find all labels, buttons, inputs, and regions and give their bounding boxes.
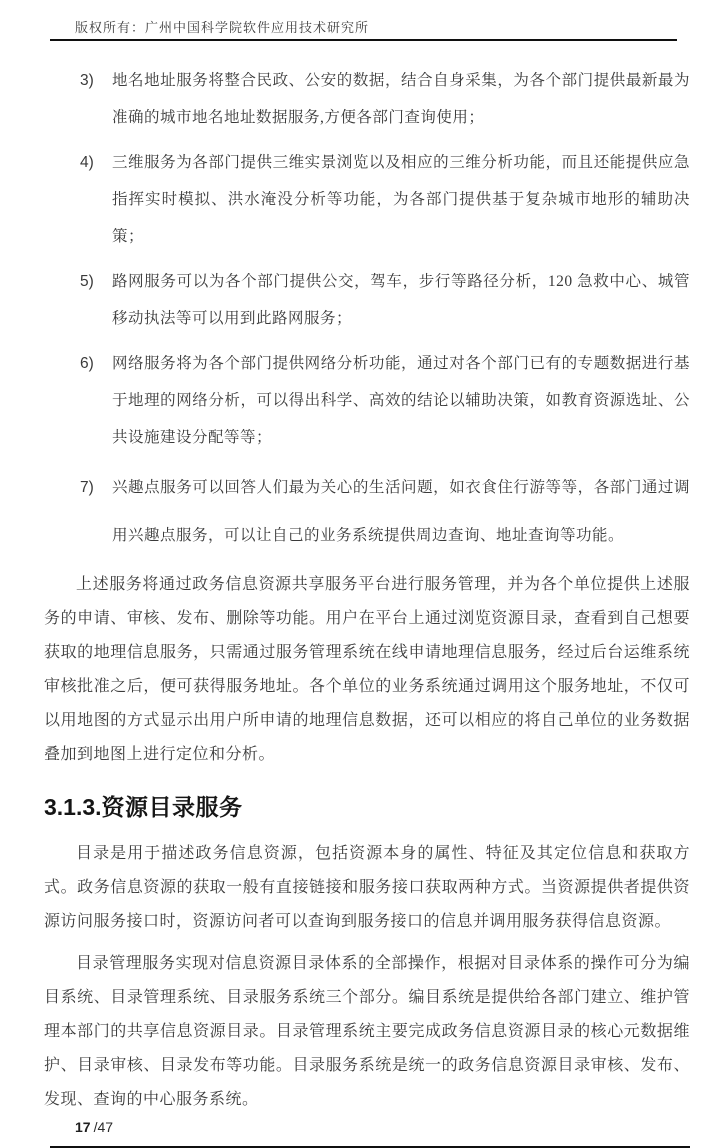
list-item-7-marker: 7) <box>80 464 94 512</box>
list-item-4: 4) 三维服务为各部门提供三维实景浏览以及相应的三维分析功能，而且还能提供应急指… <box>44 144 690 255</box>
list-item-7-text: 兴趣点服务可以回答人们最为关心的生活问题，如衣食住行游等等，各部门通过调用兴趣点… <box>112 479 690 544</box>
list-item-3-text: 地名地址服务将整合民政、公安的数据，结合自身采集，为各个部门提供最新最为准确的城… <box>112 72 690 126</box>
footer-page-total: /47 <box>94 1119 113 1135</box>
section-heading-number: 3.1.3. <box>44 794 102 820</box>
footer-page-number: 17 <box>75 1119 91 1135</box>
section-heading: 3.1.3.资源目录服务 <box>44 792 690 823</box>
list-item-5-marker: 5) <box>80 263 94 300</box>
document-page: 版权所有：广州中国科学院软件应用技术研究所 3) 地名地址服务将整合民政、公安的… <box>0 0 728 1148</box>
footer-page-indicator: 17/47 <box>75 1119 113 1135</box>
list-item-3-marker: 3) <box>80 62 94 99</box>
list-item-6-marker: 6) <box>80 345 94 382</box>
header-copyright: 版权所有：广州中国科学院软件应用技术研究所 <box>75 17 369 36</box>
list-item-6: 6) 网络服务将为各个部门提供网络分析功能，通过对各个部门已有的专题数据进行基于… <box>44 345 690 456</box>
list-item-5: 5) 路网服务可以为各个部门提供公交，驾车，步行等路径分析，120 急救中心、城… <box>44 263 690 337</box>
list-item-4-text: 三维服务为各部门提供三维实景浏览以及相应的三维分析功能，而且还能提供应急指挥实时… <box>112 154 690 245</box>
list-item-7: 7) 兴趣点服务可以回答人们最为关心的生活问题，如衣食住行游等等，各部门通过调用… <box>44 464 690 560</box>
section-paragraph-2: 目录管理服务实现对信息资源目录体系的全部操作，根据对目录体系的操作可分为编目系统… <box>44 947 690 1117</box>
list-item-4-marker: 4) <box>80 144 94 181</box>
summary-paragraph: 上述服务将通过政务信息资源共享服务平台进行服务管理，并为各个单位提供上述服务的申… <box>44 568 690 772</box>
header-rule <box>50 39 677 41</box>
list-item-3: 3) 地名地址服务将整合民政、公安的数据，结合自身采集，为各个部门提供最新最为准… <box>44 62 690 136</box>
section-paragraph-1: 目录是用于描述政务信息资源，包括资源本身的属性、特征及其定位信息和获取方式。政务… <box>44 837 690 939</box>
section-heading-title: 资源目录服务 <box>102 795 243 820</box>
page-content: 3) 地名地址服务将整合民政、公安的数据，结合自身采集，为各个部门提供最新最为准… <box>44 62 690 1125</box>
list-item-5-text: 路网服务可以为各个部门提供公交，驾车，步行等路径分析，120 急救中心、城管移动… <box>112 273 690 327</box>
list-item-6-text: 网络服务将为各个部门提供网络分析功能，通过对各个部门已有的专题数据进行基于地理的… <box>112 355 690 446</box>
